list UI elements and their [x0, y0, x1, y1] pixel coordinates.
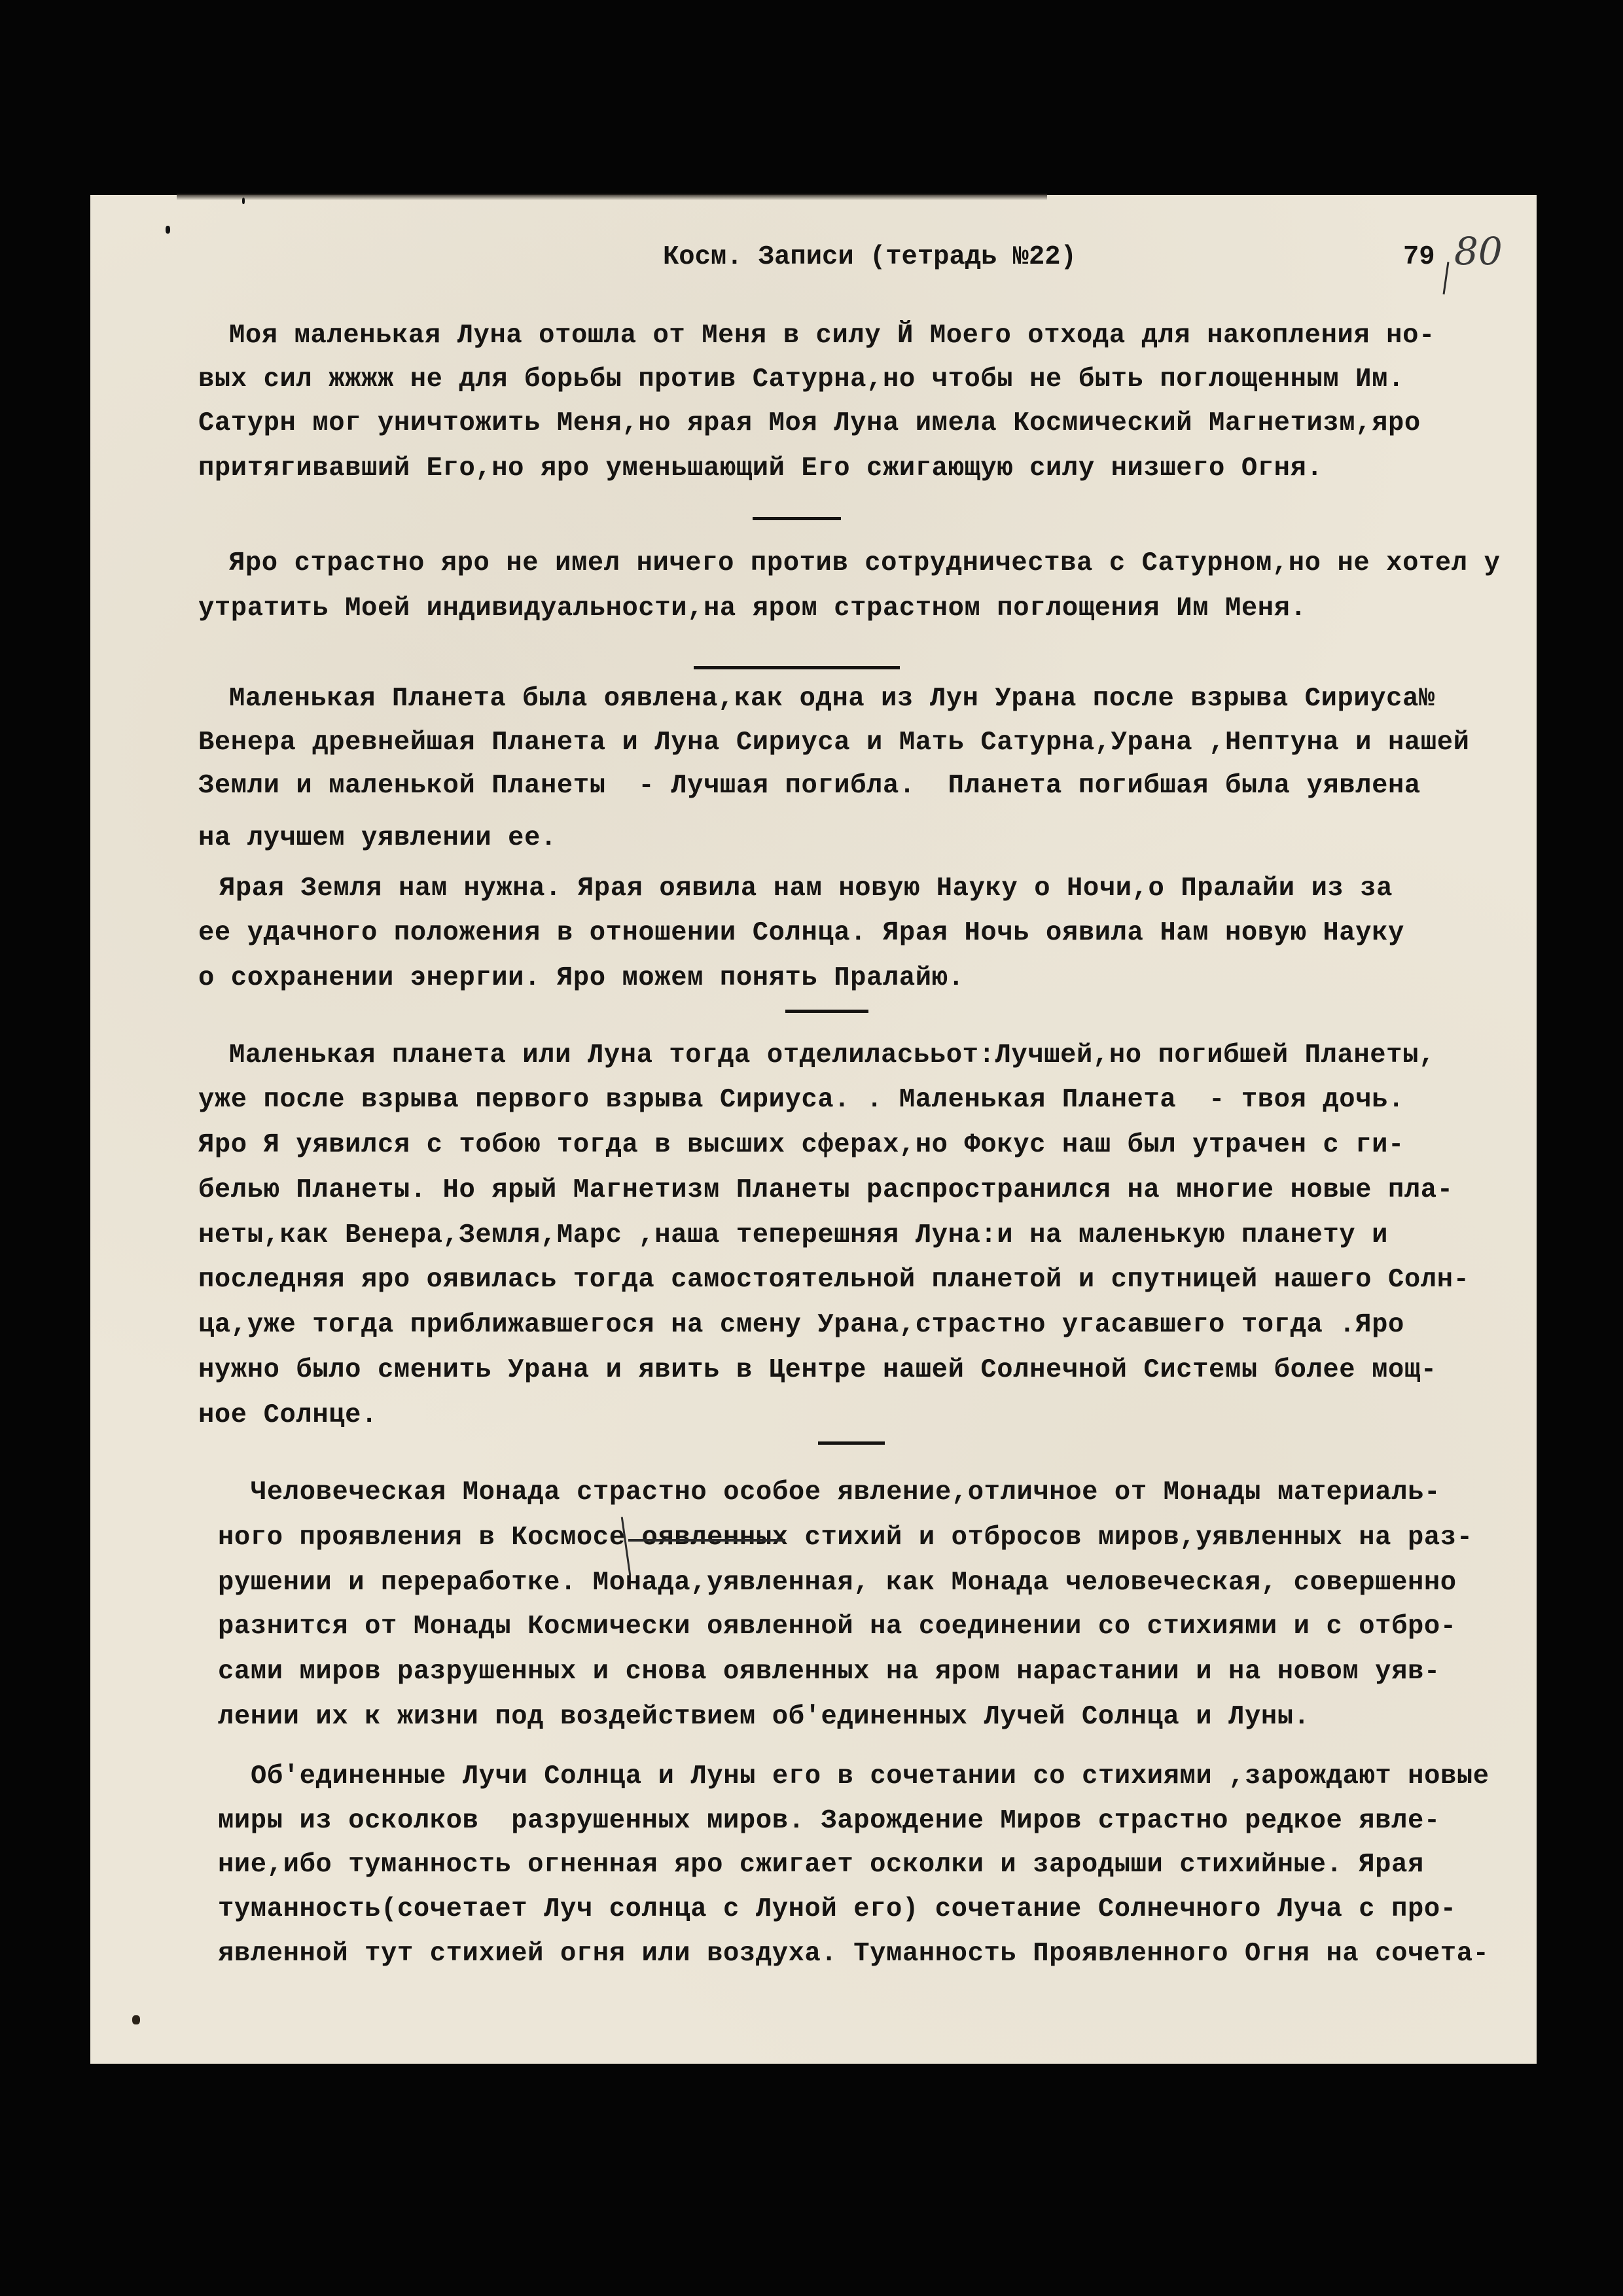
page-top-edge-shadow — [177, 194, 1047, 200]
text-line: вых сил жжжж не для борьбы против Сатурн… — [198, 364, 1404, 395]
text-line: явленной тут стихией огня или воздуха. Т… — [218, 1939, 1489, 1969]
text-line: ние,ибо туманность огненная яро сжигает … — [218, 1850, 1424, 1880]
text-line: Земли и маленькой Планеты - Лучшая погиб… — [198, 771, 1421, 801]
ink-speck-mark — [132, 2015, 140, 2024]
text-line: Венера древнейшая Планета и Луна Сириуса… — [198, 728, 1470, 758]
section-separator — [785, 1010, 868, 1013]
document-title: Косм. Записи (тетрадь №22) — [663, 242, 1077, 272]
text-line: Маленькая планета или Луна тогда отделил… — [229, 1040, 1435, 1070]
ink-dot-mark — [242, 198, 245, 204]
text-line: уже после взрыва первого взрыва Сириуса.… — [198, 1085, 1404, 1115]
section-separator — [818, 1441, 885, 1445]
text-line: ца,уже тогда приближавшегося на смену Ур… — [198, 1310, 1404, 1340]
text-line: ное Солнце. — [198, 1400, 378, 1430]
text-line: последняя яро оявилась тогда самостоятел… — [198, 1265, 1470, 1295]
section-separator — [694, 666, 900, 669]
text-line: утратить Моей индивидуальности,на яром с… — [198, 593, 1306, 624]
text-line: Сатурн мог уничтожить Меня,но ярая Моя Л… — [198, 408, 1421, 438]
text-line: миры из осколков разрушенных миров. Заро… — [218, 1806, 1440, 1836]
text-line: Яро страстно яро не имел ничего против с… — [229, 548, 1501, 578]
text-line: нужно было сменить Урана и явить в Центр… — [198, 1355, 1437, 1385]
text-line: Ярая Земля нам нужна. Ярая оявила нам но… — [219, 874, 1393, 904]
text-line: Человеческая Монада страстно особое явле… — [251, 1477, 1440, 1508]
ink-dot-mark — [166, 226, 170, 234]
text-line: ного проявления в Космосе оявленных стих… — [218, 1523, 1473, 1553]
handwritten-strikethrough — [628, 1539, 785, 1542]
text-line: Маленькая Планета была оявлена,как одна … — [229, 684, 1435, 714]
page-number-handwritten: 80 — [1454, 229, 1503, 274]
text-line: белью Планеты. Но ярый Магнетизм Планеты… — [198, 1175, 1454, 1205]
text-line: на лучшем уявлении ее. — [198, 823, 557, 853]
text-line: о сохранении энергии. Яро можем понять П… — [198, 963, 965, 993]
text-line: притягивавший Его,но яро уменьшающий Его… — [198, 453, 1323, 484]
text-line: неты,как Венера,Земля,Марс ,наша тепереш… — [198, 1220, 1388, 1250]
text-line: разнится от Монады Космически оявленной … — [218, 1612, 1457, 1642]
text-line: ее удачного положения в отношении Солнца… — [198, 918, 1404, 948]
section-separator — [753, 517, 841, 520]
text-line: рушении и переработке. Монада,уявленная,… — [218, 1568, 1457, 1598]
text-line: Моя маленькая Луна отошла от Меня в силу… — [229, 321, 1435, 351]
text-line: Яро Я уявился с тобою тогда в высших сфе… — [198, 1130, 1404, 1160]
page-number-typed: 79 — [1403, 242, 1435, 272]
text-line: Об'единенные Лучи Солнца и Луны его в со… — [251, 1761, 1489, 1792]
text-line: сами миров разрушенных и снова оявленных… — [218, 1657, 1440, 1687]
text-line: лении их к жизни под воздействием об'еди… — [218, 1702, 1310, 1732]
text-line: туманность(сочетает Луч солнца с Луной е… — [218, 1894, 1457, 1924]
